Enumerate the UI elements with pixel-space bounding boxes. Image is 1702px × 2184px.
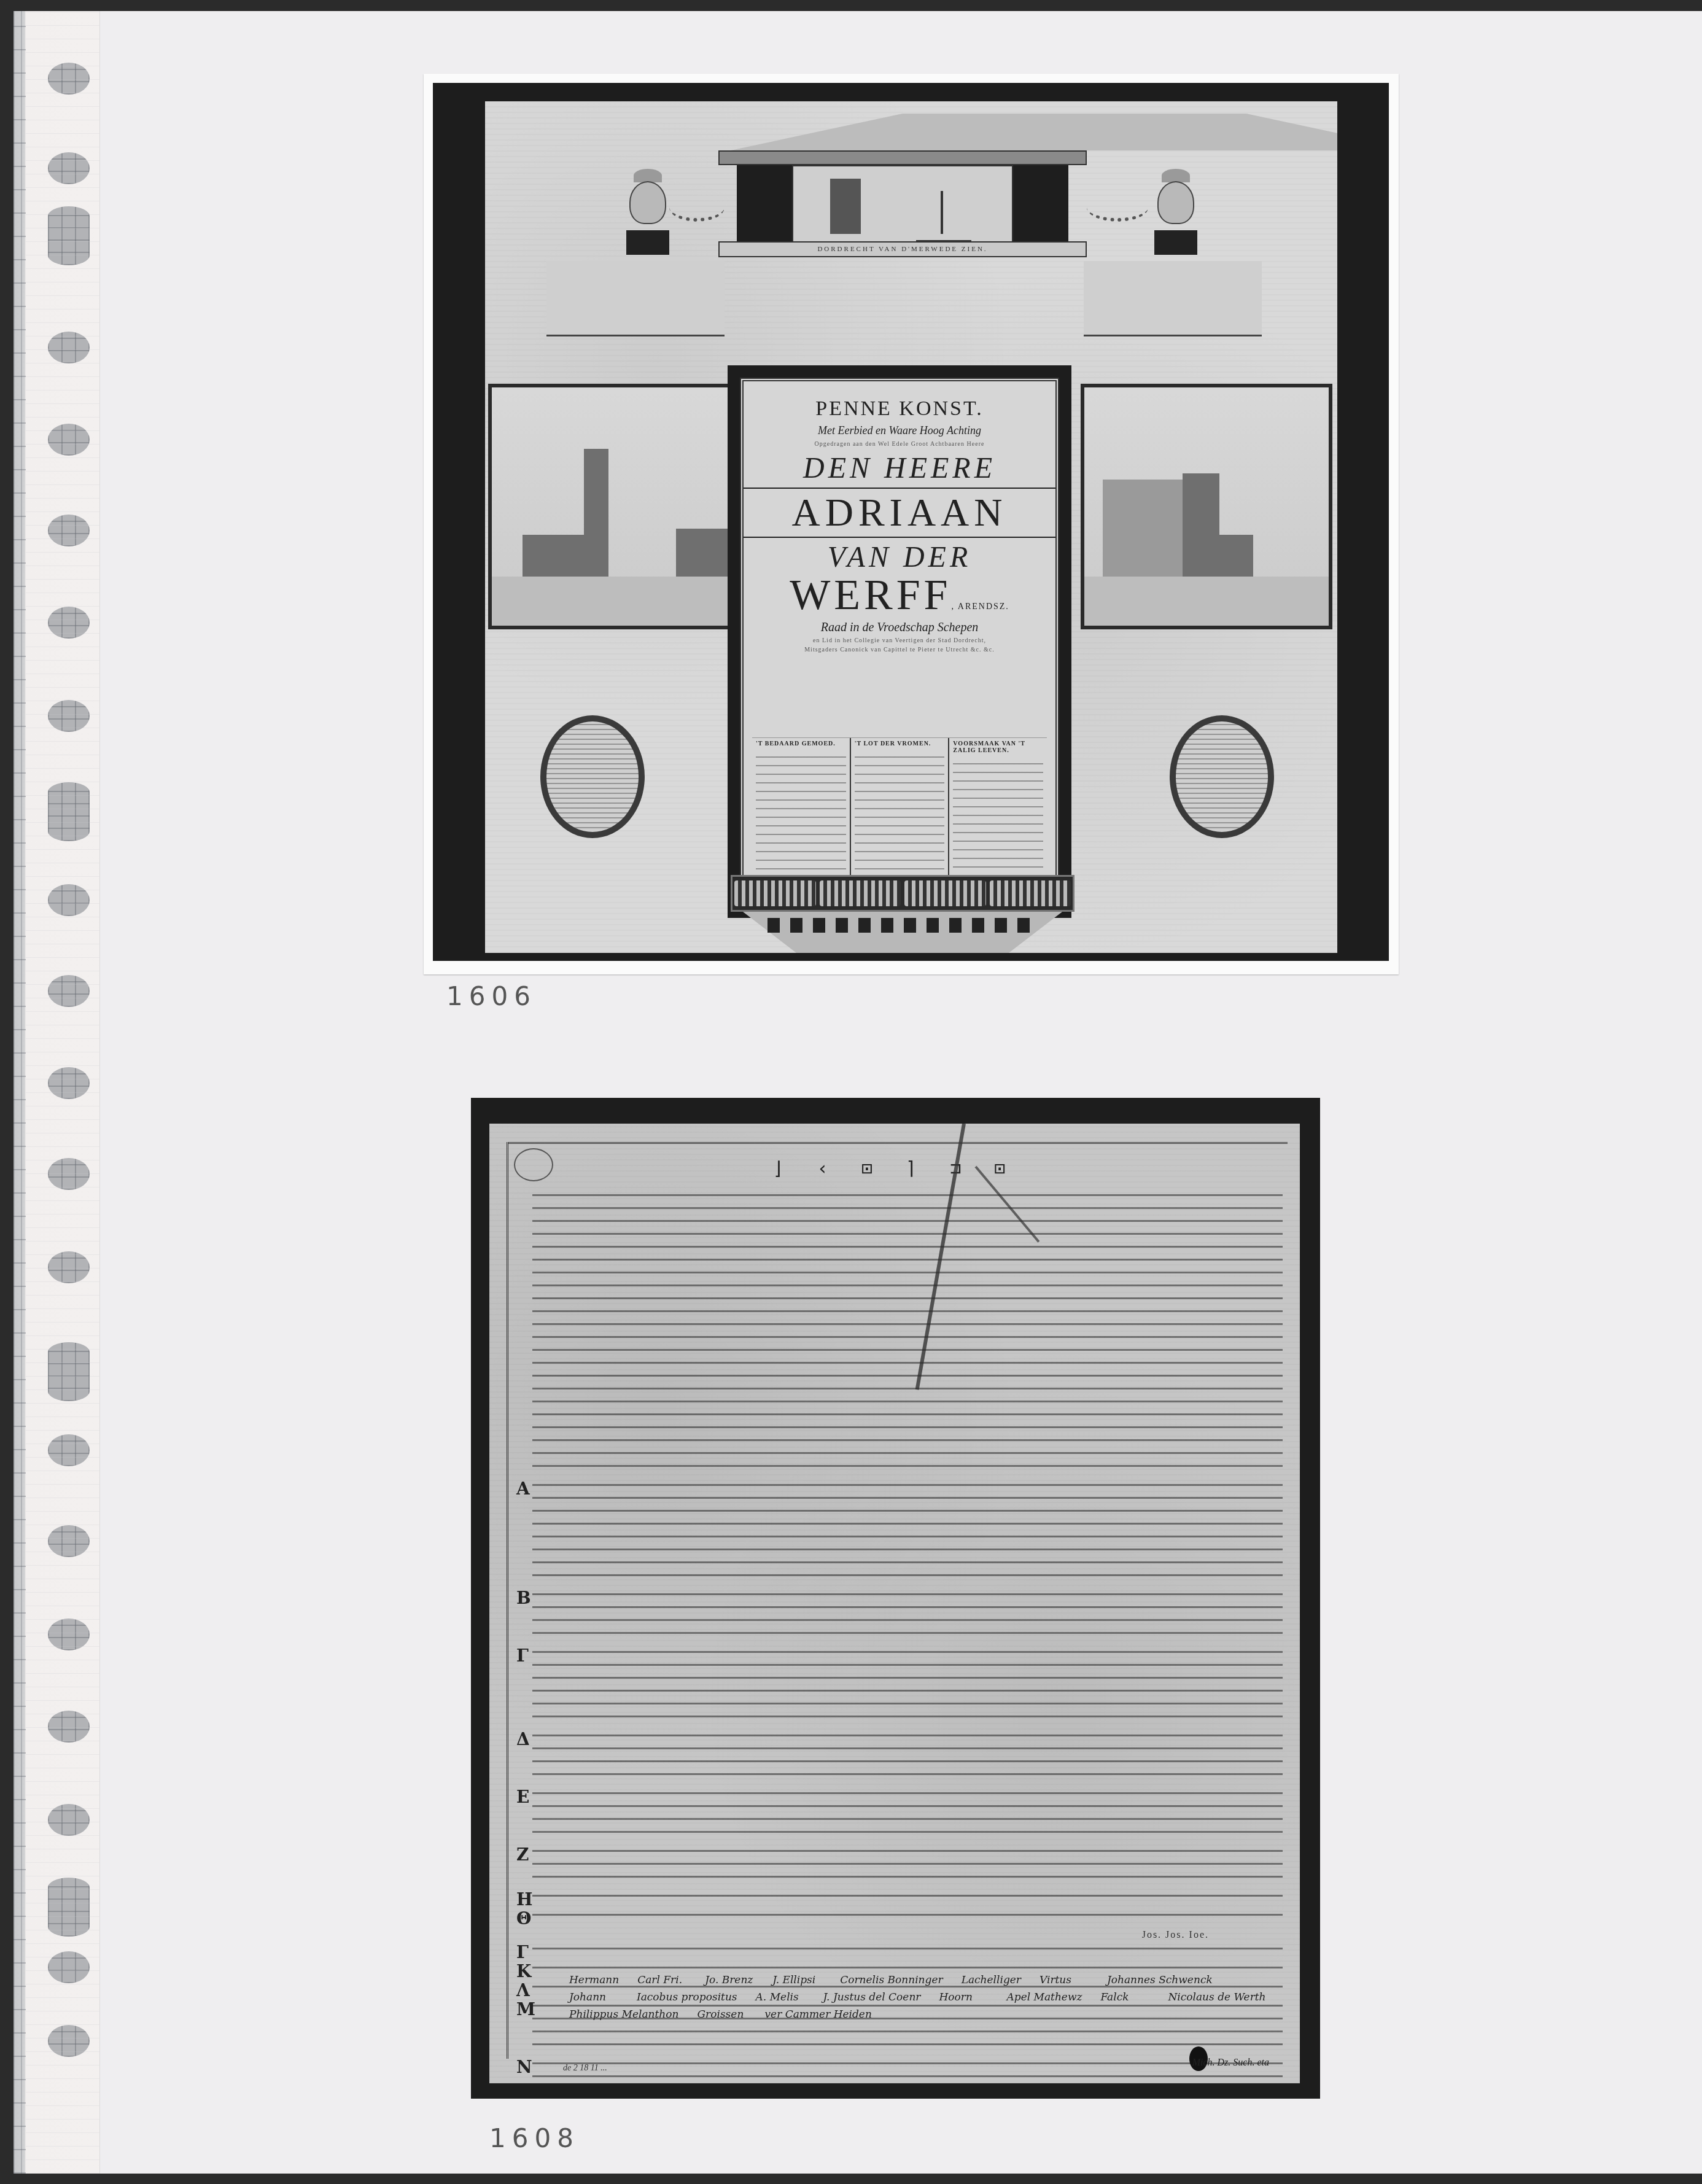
right-garland xyxy=(1087,193,1148,222)
signature: Jo. Brenz xyxy=(705,1974,754,1986)
illegible-text-lines xyxy=(532,1911,1283,1924)
photo-2-mount: ⌋ ‹ ⊡ ⌉ ⊐ ⊡ A B xyxy=(468,1095,1324,2105)
punch-hole xyxy=(48,206,90,265)
illegible-text-lines xyxy=(532,1191,1283,1475)
paragraph-initial: K xyxy=(516,1961,531,1981)
paragraph: H xyxy=(516,1892,1283,1905)
paragraph-initial: A xyxy=(516,1479,530,1499)
penne-konst-document: DORDRECHT VAN D'MERWEDE ZIEN. xyxy=(485,101,1337,953)
paragraph xyxy=(516,1191,1283,1475)
ornamental-pedestal xyxy=(731,875,1074,912)
right-urn-ornament xyxy=(1154,169,1197,255)
signature: Hoorn xyxy=(939,1991,988,2003)
paragraph-initial: Λ xyxy=(516,1980,530,2000)
punch-hole xyxy=(48,700,90,732)
dedication-small: Opgedragen aan den Wel Edele Groot Achtb… xyxy=(756,441,1043,448)
signature: Cornelis Bonninger xyxy=(840,1974,942,1986)
illegible-text-lines xyxy=(532,1892,1283,1905)
paragraph-initial: Θ xyxy=(516,1908,531,1929)
section-subheading: Jos. Jos. Ioe. xyxy=(516,1930,1209,1941)
photo-2-frame: ⌋ ‹ ⊡ ⌉ ⊐ ⊡ A B xyxy=(471,1098,1320,2099)
name-line-3: VAN DER xyxy=(756,540,1043,574)
illegible-text-lines xyxy=(532,1847,1283,1886)
illegible-text-lines xyxy=(532,1481,1283,1584)
binder-strip xyxy=(14,11,100,2174)
punch-hole xyxy=(48,515,90,546)
paragraph: E xyxy=(516,1789,1283,1841)
name-line-2: ADRIAAN xyxy=(744,488,1055,538)
punch-hole xyxy=(48,1342,90,1401)
punch-hole xyxy=(48,607,90,639)
poem-text-lines xyxy=(953,756,1043,891)
signature: Nicolaus de Werth xyxy=(1168,1991,1265,2003)
paragraph-initial: E xyxy=(516,1787,529,1807)
poem-text-lines xyxy=(756,750,846,891)
signature-block: Hermann Carl Fri. Jo. Brenz J. Ellipsi C… xyxy=(569,1974,1275,2021)
office-small-2: Mitsgaders Canonick van Capittel te Piet… xyxy=(756,647,1043,653)
office-line: Raad in de Vroedschap Schepen xyxy=(756,621,1043,635)
paragraph: Γ xyxy=(516,1648,1283,1725)
left-garland xyxy=(669,193,725,222)
photo-1-mount: DORDRECHT VAN D'MERWEDE ZIEN. xyxy=(424,74,1399,974)
right-medallion-text xyxy=(1170,715,1274,838)
church-tower-drawing xyxy=(830,179,861,234)
left-medallion-text xyxy=(540,715,645,838)
photo-1-frame: DORDRECHT VAN D'MERWEDE ZIEN. xyxy=(433,83,1389,961)
signature: Johannes Schwenck xyxy=(1107,1974,1213,1986)
punch-hole xyxy=(48,2025,90,2057)
punch-hole xyxy=(48,782,90,841)
left-vignette-town-tower xyxy=(488,384,740,629)
punch-hole xyxy=(48,1434,90,1466)
signature: Apel Mathewz xyxy=(1006,1991,1082,2003)
right-scroll-wing xyxy=(1084,261,1262,336)
pediment-with-harbor-scene xyxy=(718,114,1087,255)
poem-columns: 'T BEDAARD GEMOED. 'T LOT DER VROMEN. VO… xyxy=(752,737,1047,891)
punch-hole xyxy=(48,1711,90,1743)
office-small-1: en Lid in het Collegie van Veertigen der… xyxy=(756,637,1043,644)
name-line-1: DEN HEERE xyxy=(756,451,1043,485)
signature: A. Melis xyxy=(756,1991,805,2003)
document-title: PENNE KONST. xyxy=(756,397,1043,421)
left-double-rule xyxy=(507,1142,508,2059)
paragraph-initial: Z xyxy=(516,1844,529,1865)
signature: J. Justus del Coenr xyxy=(823,1991,921,2003)
paragraph-initial: M xyxy=(516,1999,535,2019)
illegible-text-lines xyxy=(532,1590,1283,1642)
title-cartouche: PENNE KONST. Met Eerbied en Waare Hoog A… xyxy=(728,365,1071,918)
left-scroll-wing xyxy=(546,261,725,336)
punch-hole xyxy=(48,1804,90,1836)
signature: Lachelliger xyxy=(962,1974,1021,1986)
poem-column: VOORSMAAK VAN 'T ZALIG LEEVEN. xyxy=(949,738,1047,891)
punch-hole xyxy=(48,975,90,1007)
signature: Virtus xyxy=(1039,1974,1089,1986)
illegible-text-lines xyxy=(532,2059,1283,2083)
paragraph: B xyxy=(516,1590,1283,1642)
signature: J. Ellipsi xyxy=(772,1974,822,1986)
punch-hole xyxy=(48,332,90,363)
marginal-note: de 2 18 11 ... xyxy=(563,2064,607,2073)
punch-hole xyxy=(48,1619,90,1650)
poem-column-heading: VOORSMAAK VAN 'T ZALIG LEEVEN. xyxy=(953,740,1043,754)
closing-signature: Mich. Dz. Such. eta xyxy=(1192,2058,1269,2069)
dedication-line: Met Eerbied en Waare Hoog Achting xyxy=(756,424,1043,437)
signature: ver Cammer Heiden xyxy=(765,2008,872,2021)
signature: Johann xyxy=(569,1991,618,2003)
photo-1-caption: 1606 xyxy=(446,981,537,1011)
illegible-text-lines xyxy=(532,1945,1283,1957)
cipher-document: ⌋ ‹ ⊡ ⌉ ⊐ ⊡ A B xyxy=(489,1124,1300,2083)
paragraph: Δ xyxy=(516,1731,1283,1783)
signature: Carl Fri. xyxy=(637,1974,686,1986)
inscription-banner: DORDRECHT VAN D'MERWEDE ZIEN. xyxy=(718,241,1087,257)
photo-2-caption: 1608 xyxy=(489,2123,580,2153)
signature: Hermann xyxy=(569,1974,619,1986)
signature: Groissen xyxy=(698,2008,747,2021)
album-page: DORDRECHT VAN D'MERWEDE ZIEN. xyxy=(14,11,1702,2174)
punch-hole xyxy=(48,152,90,184)
poem-column-heading: 'T LOT DER VROMEN. xyxy=(855,740,945,747)
paragraph: Γ xyxy=(516,1945,1283,1957)
punch-hole xyxy=(48,1951,90,1983)
harbor-scene-image xyxy=(792,165,1013,251)
paragraph-initial: Γ xyxy=(516,1942,529,1962)
punch-hole xyxy=(48,884,90,916)
punch-hole xyxy=(48,424,90,456)
poem-column: 'T BEDAARD GEMOED. xyxy=(752,738,851,891)
poem-column-heading: 'T BEDAARD GEMOED. xyxy=(756,740,846,747)
cornice xyxy=(718,150,1087,165)
paragraph: Θ xyxy=(516,1911,1283,1924)
name-suffix: , ARENDSZ. xyxy=(952,602,1009,612)
illegible-text-lines xyxy=(532,1731,1283,1783)
cipher-body-text: A B Γ Δ E xyxy=(516,1191,1283,2083)
paragraph-initial: N xyxy=(516,2057,532,2077)
illegible-text-lines xyxy=(532,1648,1283,1725)
top-double-rule xyxy=(508,1142,1288,1144)
signature: Philippus Melanthon xyxy=(569,2008,679,2021)
left-bookcase-bay xyxy=(737,165,792,251)
pediment-roof xyxy=(731,114,1337,150)
bracket-dentils xyxy=(767,918,1038,933)
poem-column: 'T LOT DER VROMEN. xyxy=(851,738,950,891)
punch-hole xyxy=(48,1878,90,1937)
poem-text-lines xyxy=(855,750,945,891)
paragraph-initial: H xyxy=(516,1889,532,1910)
right-vignette-church-windmill xyxy=(1081,384,1332,629)
punch-hole xyxy=(48,63,90,95)
signature: Falck xyxy=(1100,1991,1149,2003)
paragraph-initial: B xyxy=(516,1588,531,1608)
punch-hole xyxy=(48,1525,90,1557)
punch-hole xyxy=(48,1067,90,1099)
paragraph-initial: Γ xyxy=(516,1646,529,1666)
signature: Iacobus propositus xyxy=(637,1991,737,2003)
paragraph: Z xyxy=(516,1847,1283,1886)
left-urn-ornament xyxy=(626,169,669,255)
paragraph-initial: Δ xyxy=(516,1729,530,1749)
illegible-text-lines xyxy=(532,1789,1283,1841)
document-heading-cipher: ⌋ ‹ ⊡ ⌉ ⊐ ⊡ xyxy=(489,1158,1300,1179)
paragraph: A xyxy=(516,1481,1283,1584)
paragraph: N xyxy=(516,2059,1283,2083)
right-bookcase-bay xyxy=(1013,165,1068,251)
punch-hole xyxy=(48,1251,90,1283)
punch-hole xyxy=(48,1158,90,1190)
name-line-4: WERFF xyxy=(790,574,951,617)
ship-drawing xyxy=(916,191,971,249)
